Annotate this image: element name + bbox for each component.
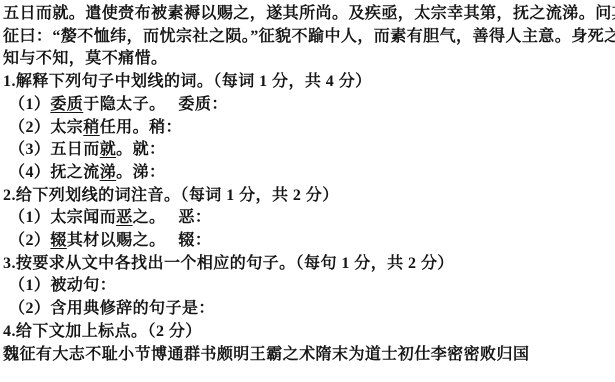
text-line: （1）被动句：	[3, 275, 615, 298]
text-line: （1）委质于隐太子。 委质：	[3, 94, 615, 117]
text-line: （2）太宗稍任用。稍：	[3, 117, 615, 140]
text-segment: （1）	[9, 96, 50, 113]
underlined-term: 恶	[116, 209, 132, 226]
text-segment: 于隐太子。 委质：	[83, 96, 228, 113]
text-line: 魏征有大志不耻小节博通群书颇明王霸之术隋末为道士初仕李密密败归国	[3, 344, 615, 367]
text-line: （1）太宗闻而恶之。 恶：	[3, 207, 615, 230]
text-line: 2.给下列划线的词注音。（每词 1 分，共 2 分）	[3, 185, 615, 208]
underlined-term: 就	[100, 141, 116, 158]
text-segment: 其材以赐之。 辍：	[67, 232, 212, 249]
text-segment: 。涕：	[116, 164, 165, 181]
text-segment: （2）太宗	[9, 119, 83, 136]
text-segment: （2）	[9, 232, 50, 249]
text-line: 3.按要求从文中各找出一个相应的句子。（每句 1 分，共 2 分）	[3, 253, 615, 276]
underlined-term: 委质	[50, 96, 83, 113]
document: 五日而就。遣使赍布被素褥以赐之，遂其所尚。及疾亟，太宗幸其第，抚之流涕。问其所欲…	[0, 0, 615, 366]
text-segment: （3）五日而	[9, 141, 100, 158]
text-segment: 知与不知，莫不痛惜。	[3, 50, 168, 67]
text-segment: （1）太宗闻而	[9, 209, 116, 226]
text-segment: 五日而就。遣使赍布被素褥以赐之，遂其所尚。及疾亟，太宗幸其第，抚之流涕。问其所欲…	[3, 5, 615, 22]
text-segment: 征曰：“嫠不恤纬，而忧宗社之陨。”征貌不踰中人，而素有胆气，善得人主意。身死之日…	[3, 28, 615, 45]
text-line: 1.解释下列句子中划线的词。（每词 1 分，共 4 分）	[3, 71, 615, 94]
text-segment: 任用。稍：	[100, 119, 182, 136]
text-segment: 之。 恶：	[133, 209, 212, 226]
text-line: （4）抚之流涕。涕：	[3, 162, 615, 185]
document-body: 五日而就。遣使赍布被素褥以赐之，遂其所尚。及疾亟，太宗幸其第，抚之流涕。问其所欲…	[3, 3, 615, 366]
text-segment: 1.解释下列句子中划线的词。（每词 1 分，共 4 分）	[3, 73, 372, 90]
text-line: 4.给下文加上标点。（2 分）	[3, 321, 615, 344]
text-segment: 3.按要求从文中各找出一个相应的句子。（每句 1 分，共 2 分）	[3, 255, 454, 272]
text-segment: （4）抚之流	[9, 164, 100, 181]
text-segment: 4.给下文加上标点。（2 分）	[3, 323, 202, 340]
text-line: 知与不知，莫不痛惜。	[3, 48, 615, 71]
text-segment: （2）含用典修辞的句子是：	[9, 300, 215, 317]
text-segment: 2.给下列划线的词注音。（每词 1 分，共 2 分）	[3, 187, 339, 204]
underlined-term: 稍	[83, 119, 99, 136]
text-line: （2）含用典修辞的句子是：	[3, 298, 615, 321]
text-line: （2）辍其材以赐之。 辍：	[3, 230, 615, 253]
text-line: 五日而就。遣使赍布被素褥以赐之，遂其所尚。及疾亟，太宗幸其第，抚之流涕。问其所欲…	[3, 3, 615, 26]
text-line: （3）五日而就。就：	[3, 139, 615, 162]
text-segment: 。就：	[116, 141, 165, 158]
text-line: 征曰：“嫠不恤纬，而忧宗社之陨。”征貌不踰中人，而素有胆气，善得人主意。身死之日…	[3, 26, 615, 49]
underlined-term: 辍	[50, 232, 66, 249]
text-segment: 魏征有大志不耻小节博通群书颇明王霸之术隋末为道士初仕李密密败归国	[3, 346, 529, 363]
text-segment: （1）被动句：	[9, 277, 116, 294]
underlined-term: 涕	[100, 164, 116, 181]
